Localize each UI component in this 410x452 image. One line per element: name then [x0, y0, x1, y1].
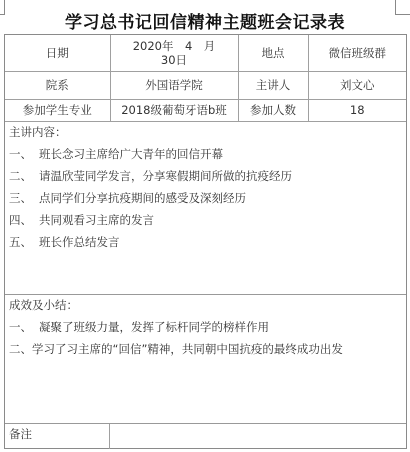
- content-item-text: 班长作总结发言: [39, 235, 120, 249]
- summary-item-text: 学习了习主席的“回信”精神，共同朝中国抗疫的最终成功出发: [32, 342, 343, 356]
- department-value: 外国语学院: [110, 71, 238, 99]
- document-title: 学习总书记回信精神主题班会记录表: [0, 8, 410, 33]
- summary-section: 成效及小结： 一、凝聚了班级力量，发挥了标杆同学的榜样作用 二、学习了习主席的“…: [5, 294, 406, 423]
- content-item-text: 点同学们分享抗疫期间的感受及深刻经历: [39, 191, 246, 205]
- lecture-content-section: 主讲内容： 一、班长念习主席给广大青年的回信开幕 二、请温欣莹同学发言，分享寒假…: [5, 121, 406, 294]
- info-row-major-count: 参加学生专业 2018级葡萄牙语b班 参加人数 18: [5, 99, 406, 121]
- location-label: 地点: [238, 35, 308, 71]
- summary-item-number: 一、: [9, 319, 39, 335]
- content-item-number: 一、: [9, 146, 39, 162]
- content-item: 五、班长作总结发言: [9, 234, 406, 250]
- content-item-number: 四、: [9, 212, 39, 228]
- lecture-content-heading: 主讲内容：: [9, 124, 406, 140]
- info-table: 日期 2020年 4 月 30日 地点 微信班级群 院系 外国语学院 主讲人 刘…: [5, 35, 406, 122]
- content-item-text: 共同观看习主席的发言: [39, 213, 154, 227]
- department-label: 院系: [5, 71, 110, 99]
- date-value-line2: 30日: [113, 53, 236, 67]
- summary-heading: 成效及小结：: [9, 297, 406, 313]
- remarks-value: [110, 424, 406, 449]
- content-item-text: 班长念习主席给广大青年的回信开幕: [39, 147, 223, 161]
- remarks-row: 备注: [5, 423, 406, 449]
- date-value-line1: 2020年 4 月: [113, 39, 236, 53]
- content-item: 二、请温欣莹同学发言，分享寒假期间所做的抗疫经历: [9, 168, 406, 184]
- content-item: 三、点同学们分享抗疫期间的感受及深刻经历: [9, 190, 406, 206]
- content-item: 一、班长念习主席给广大青年的回信开幕: [9, 146, 406, 162]
- speaker-label: 主讲人: [238, 71, 308, 99]
- summary-item: 一、凝聚了班级力量，发挥了标杆同学的榜样作用: [9, 319, 406, 335]
- summary-item: 二、学习了习主席的“回信”精神，共同朝中国抗疫的最终成功出发: [9, 341, 406, 357]
- summary-item-number: 二、: [9, 341, 32, 357]
- major-label: 参加学生专业: [5, 99, 110, 121]
- speaker-value: 刘文心: [308, 71, 406, 99]
- summary-item-text: 凝聚了班级力量，发挥了标杆同学的榜样作用: [39, 320, 269, 334]
- attendee-count-label: 参加人数: [238, 99, 308, 121]
- content-item-number: 二、: [9, 168, 39, 184]
- content-item-number: 五、: [9, 234, 39, 250]
- date-label: 日期: [5, 35, 110, 71]
- location-value: 微信班级群: [308, 35, 406, 71]
- info-row-date-location: 日期 2020年 4 月 30日 地点 微信班级群: [5, 35, 406, 71]
- content-item-text: 请温欣莹同学发言，分享寒假期间所做的抗疫经历: [39, 169, 292, 183]
- record-form: 日期 2020年 4 月 30日 地点 微信班级群 院系 外国语学院 主讲人 刘…: [4, 34, 407, 449]
- date-value: 2020年 4 月 30日: [110, 35, 238, 71]
- info-row-department-speaker: 院系 外国语学院 主讲人 刘文心: [5, 71, 406, 99]
- content-item-number: 三、: [9, 190, 39, 206]
- remarks-label: 备注: [5, 424, 110, 449]
- attendee-count-value: 18: [308, 99, 406, 121]
- major-value: 2018级葡萄牙语b班: [110, 99, 238, 121]
- content-item: 四、共同观看习主席的发言: [9, 212, 406, 228]
